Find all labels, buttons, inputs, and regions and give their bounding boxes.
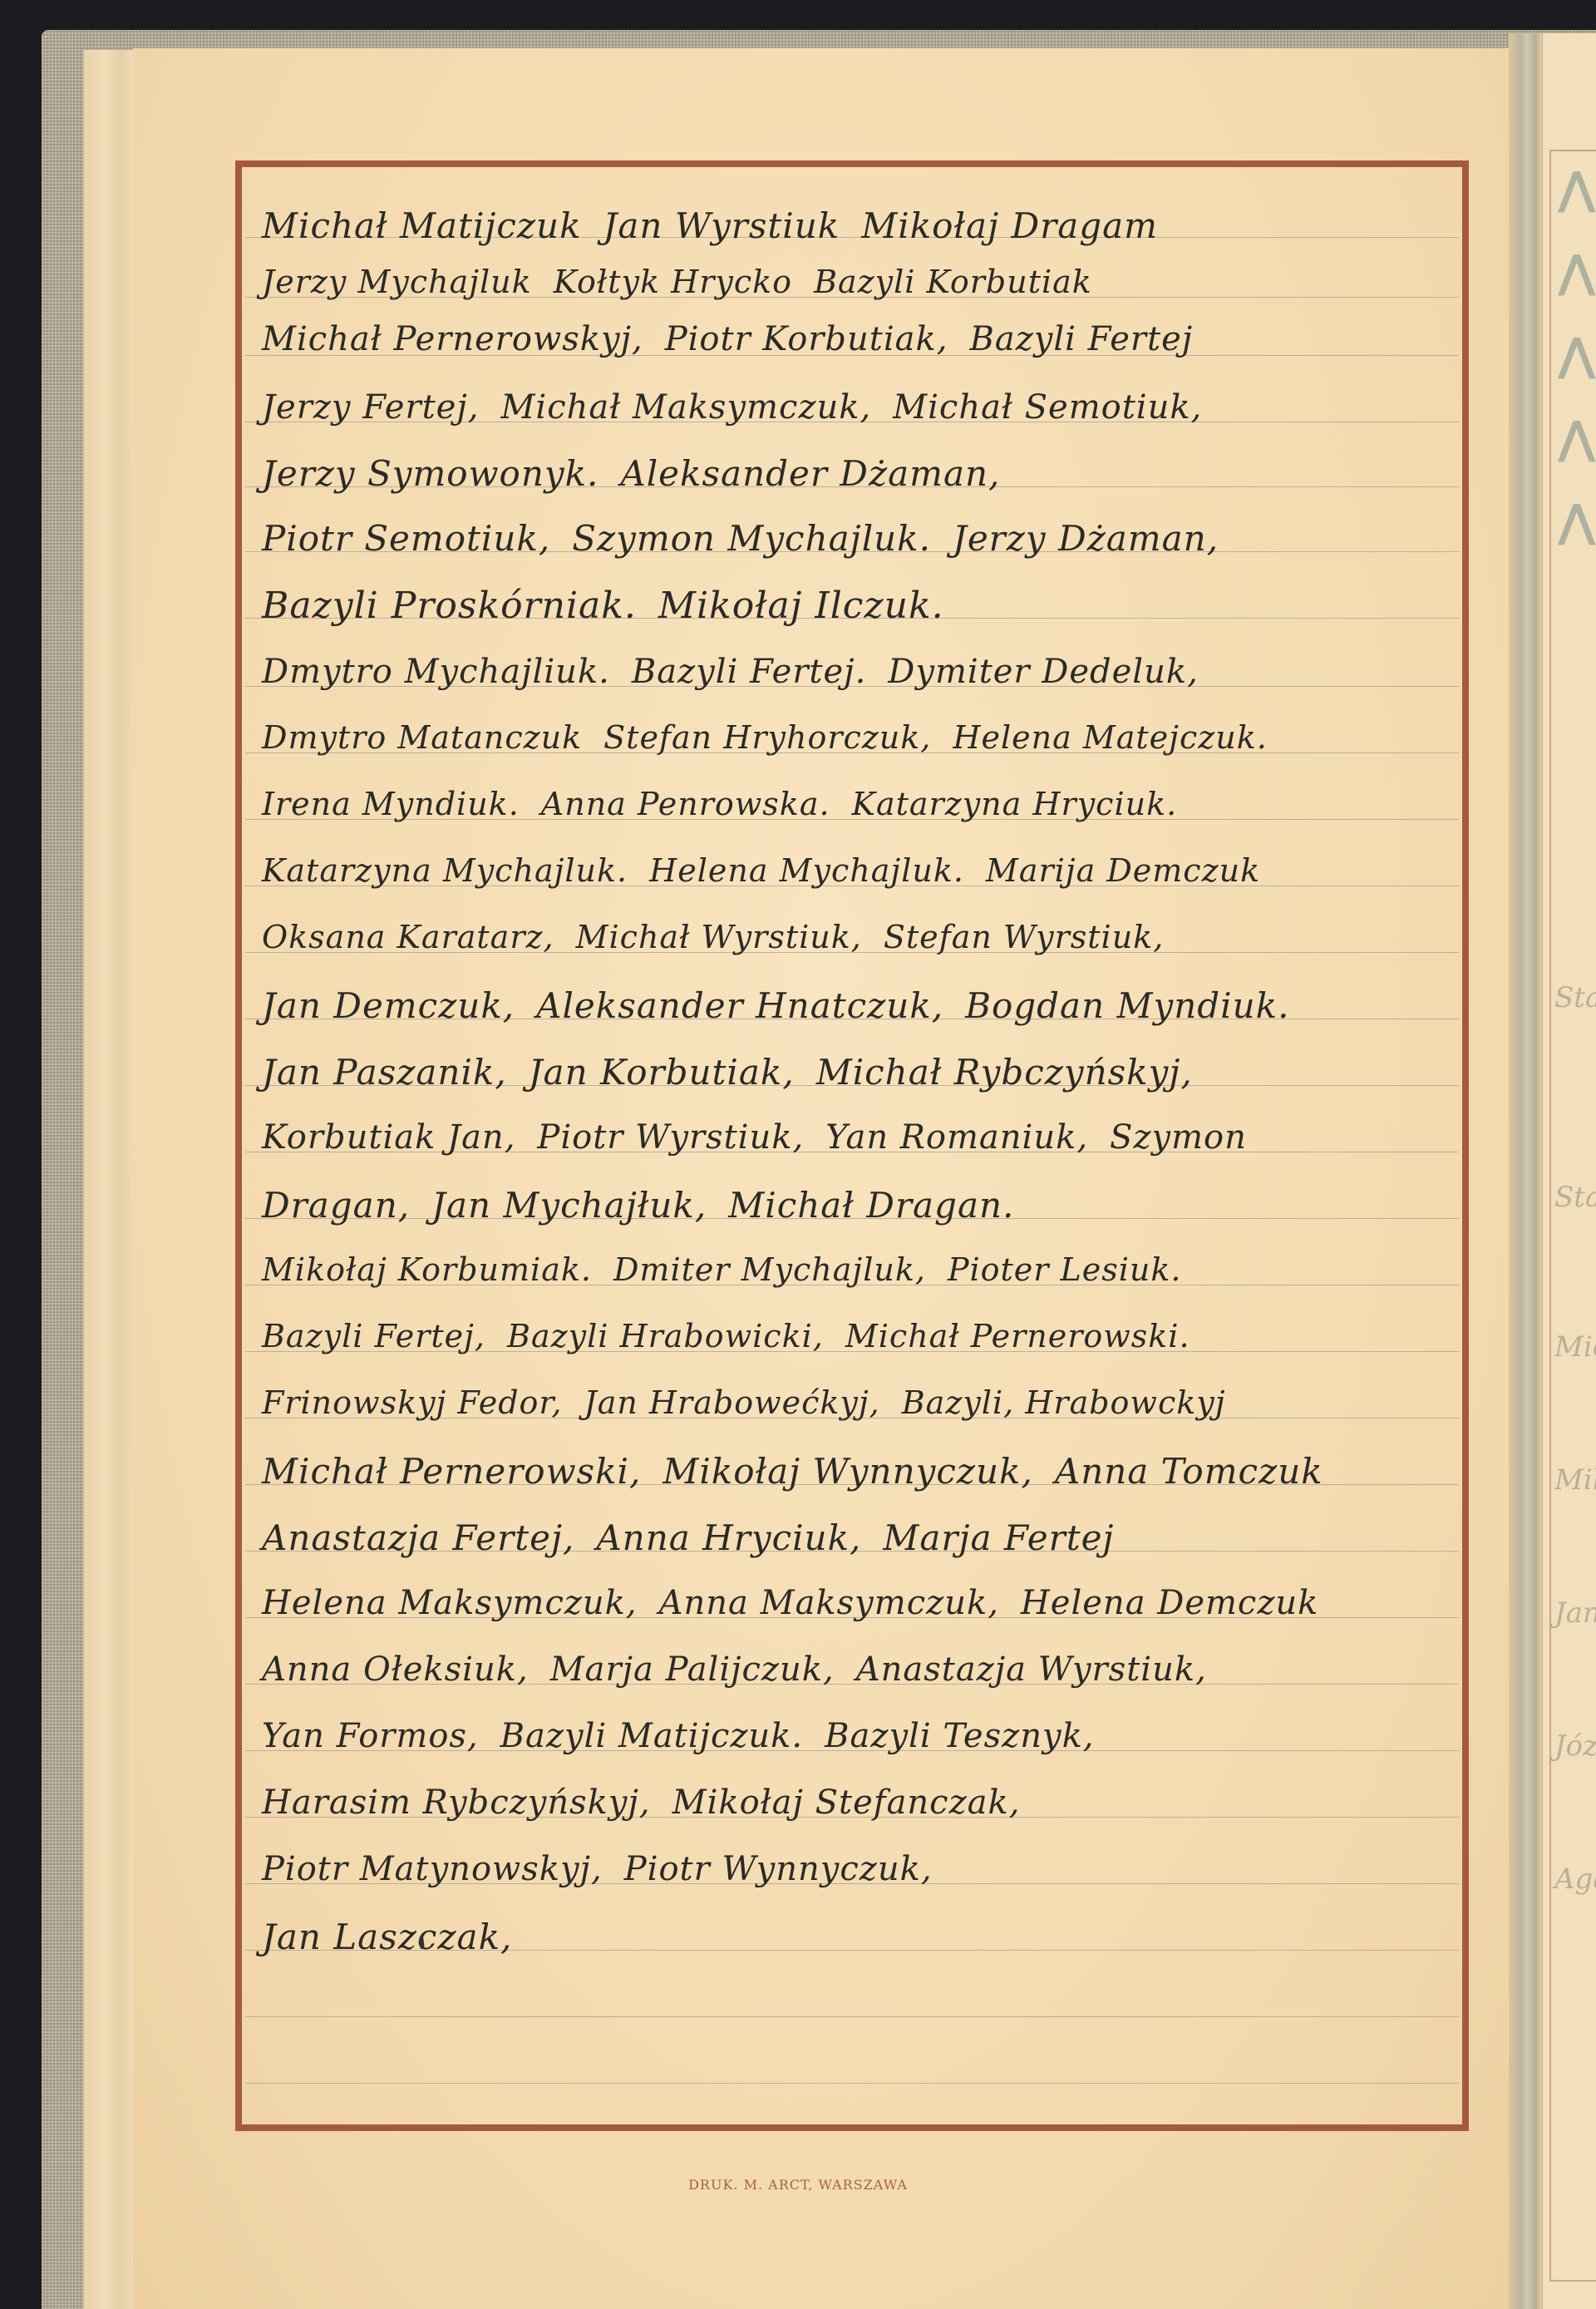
ruled-writing-area: Michał MatijczukJan WyrstiukMikołaj Drag… — [245, 170, 1459, 2121]
handwritten-name: Stefan Hryhorczuk, — [603, 719, 931, 756]
adjacent-page-handwriting: Sta — [1554, 981, 1596, 1014]
handwritten-line: Jerzy MychajlukKołtyk HryckoBazyli Korbu… — [262, 264, 1114, 300]
handwritten-name: Anna Ołeksiuk, — [262, 1650, 529, 1689]
handwritten-name: Piotr Wynnyczuk, — [624, 1850, 933, 1888]
adjacent-page-handwriting: Józef — [1554, 1729, 1596, 1763]
handwritten-name: Michał Pernerowskyj, — [262, 320, 643, 358]
handwritten-name: Stefan Wyrstiuk, — [884, 919, 1164, 955]
handwritten-name: Piotr Matynowskyj, — [262, 1850, 603, 1888]
handwritten-name: Helena Matejczuk. — [953, 719, 1267, 756]
handwritten-line: Michał Pernerowski,Mikołaj Wynnyczuk,Ann… — [262, 1451, 1345, 1492]
handwritten-name: Bazyli, Hrabowckyj — [902, 1384, 1226, 1421]
handwritten-name: Mikołaj Stefanczak, — [672, 1784, 1021, 1822]
handwritten-name: Michał Rybczyńskyj, — [816, 1052, 1193, 1093]
handwritten-name: Katarzyna Mychajluk. — [262, 852, 628, 889]
handwritten-name: Dragan, — [262, 1185, 410, 1226]
handwritten-name: Jerzy Symowonyk. — [262, 453, 598, 494]
handwritten-name: Marija Demczuk — [986, 852, 1260, 889]
handwritten-line: Michał Pernerowskyj,Piotr Korbutiak,Bazy… — [262, 320, 1214, 358]
handwritten-name: Yan Formos, — [262, 1717, 479, 1755]
handwritten-name: Michał Wyrstiuk, — [576, 919, 862, 955]
handwritten-name: Aleksander Dżaman, — [620, 453, 1000, 494]
handwritten-line: Michał MatijczukJan WyrstiukMikołaj Drag… — [262, 205, 1180, 246]
printer-imprint: DRUK. M. ARCT, WARSZAWA — [0, 2177, 1596, 2193]
handwritten-name: Michał Maksymczuk, — [500, 388, 871, 427]
handwritten-name: Piotr Wyrstiuk, — [537, 1118, 804, 1157]
handwritten-line: Dmytro Mychajliuk.Bazyli Fertej.Dymiter … — [262, 653, 1220, 691]
handwritten-name: Szymon — [1110, 1118, 1247, 1157]
handwritten-name: Helena Mychajluk. — [649, 852, 964, 889]
handwritten-name: Mikołaj Wynnyczuk, — [663, 1451, 1033, 1492]
handwritten-line: Bazyli Proskórniak.Mikołaj Ilczuk. — [262, 585, 966, 627]
handwritten-line: Jan Laszczak, — [262, 1917, 534, 1957]
handwritten-name: Bazyli Matijczuk. — [500, 1717, 803, 1755]
handwritten-name: Anastazja Fertej, — [262, 1517, 574, 1558]
handwritten-name: Marja Fertej — [883, 1517, 1114, 1558]
handwritten-name: Marja Palijczuk, — [550, 1650, 835, 1689]
handwritten-name: Jerzy Fertej, — [262, 388, 479, 427]
handwritten-name: Michał Pernerowski. — [845, 1318, 1190, 1354]
handwritten-name: Aleksander Hnatczuk, — [536, 985, 943, 1026]
handwritten-name: Bazyli Tesznyk, — [825, 1717, 1094, 1755]
adjacent-page: ⋀ ⋀ ⋀ ⋀ ⋀ Sta Stan Mic Mik Jan Józef Aga — [1542, 33, 1596, 2309]
handwritten-name: Kołtyk Hrycko — [554, 264, 792, 300]
handwritten-name: Dmiter Mychajluk, — [613, 1251, 926, 1288]
handwritten-line: Anastazja Fertej,Anna Hryciuk,Marja Fert… — [262, 1517, 1135, 1558]
handwritten-name: Jan Paszanik, — [262, 1052, 507, 1093]
handwritten-name: Jan Demczuk, — [262, 985, 515, 1026]
handwritten-line: Piotr Matynowskyj,Piotr Wynnyczuk, — [262, 1850, 954, 1888]
adjacent-page-handwriting: Jan — [1554, 1596, 1596, 1630]
handwritten-line: Jan Demczuk,Aleksander Hnatczuk,Bogdan M… — [262, 985, 1311, 1026]
handwritten-name: Bazyli Hrabowicki, — [507, 1318, 824, 1354]
handwritten-line: Jan Paszanik,Jan Korbutiak,Michał Rybczy… — [262, 1052, 1214, 1093]
ruled-line — [245, 2016, 1459, 2017]
handwritten-name: Dymiter Dedeluk, — [888, 653, 1199, 691]
adjacent-page-handwriting: Aga — [1554, 1862, 1596, 1896]
handwritten-line: Dmytro MatanczukStefan Hryhorczuk,Helena… — [262, 719, 1289, 756]
ruled-line — [245, 2083, 1459, 2084]
handwritten-line: Korbutiak Jan,Piotr Wyrstiuk,Yan Romaniu… — [262, 1118, 1268, 1157]
handwritten-name: Dmytro Matanczuk — [262, 719, 582, 756]
handwritten-line: Frinowskyj Fedor,Jan Hrabowećkyj,Bazyli,… — [262, 1384, 1248, 1421]
adjacent-page-handwriting: Stan — [1554, 1181, 1596, 1214]
handwritten-line: Jerzy Symowonyk.Aleksander Dżaman, — [262, 453, 1022, 494]
handwritten-name: Mikołaj Dragam — [861, 205, 1158, 246]
handwritten-name: Jan Mychajłuk, — [431, 1185, 707, 1226]
handwritten-line: Oksana Karatarz,Michał Wyrstiuk,Stefan W… — [262, 919, 1185, 955]
handwritten-name: Michał Dragan. — [728, 1185, 1014, 1226]
handwritten-line: Bazyli Fertej,Bazyli Hrabowicki,Michał P… — [262, 1318, 1212, 1354]
handwritten-name: Yan Romaniuk, — [825, 1118, 1088, 1157]
decorative-pattern-icon: ⋀ — [1558, 333, 1596, 377]
handwritten-name: Jan Korbutiak, — [529, 1052, 795, 1093]
book-gutter — [1509, 33, 1542, 2309]
handwritten-name: Bazyli Fertej. — [632, 653, 866, 691]
handwritten-name: Michał Semotiuk, — [893, 388, 1202, 427]
handwritten-name: Bazyli Proskórniak. — [262, 585, 637, 627]
handwritten-line: Mikołaj Korbumiak.Dmiter Mychajluk,Piote… — [262, 1251, 1204, 1288]
handwritten-line: Katarzyna Mychajluk.Helena Mychajluk.Mar… — [262, 852, 1282, 889]
handwritten-name: Anna Tomczuk — [1055, 1451, 1323, 1492]
handwritten-name: Jan Hrabowećkyj, — [584, 1384, 879, 1421]
adjacent-page-frame — [1549, 150, 1596, 2282]
adjacent-page-handwriting: Mic — [1554, 1330, 1596, 1364]
handwritten-name: Mikołaj Korbumiak. — [262, 1251, 592, 1288]
handwritten-name: Harasim Rybczyńskyj, — [262, 1784, 651, 1822]
decorative-pattern-icon: ⋀ — [1558, 166, 1596, 211]
handwritten-name: Bazyli Fertej, — [262, 1318, 485, 1354]
handwritten-name: Helena Demczuk — [1021, 1584, 1319, 1622]
handwritten-line: Jerzy Fertej,Michał Maksymczuk,Michał Se… — [262, 388, 1224, 427]
handwritten-name: Anna Penrowska. — [541, 786, 830, 822]
handwritten-line: Harasim Rybczyńskyj,Mikołaj Stefanczak, — [262, 1784, 1042, 1822]
handwritten-name: Michał Matijczuk — [262, 205, 582, 246]
handwritten-name: Oksana Karatarz, — [262, 919, 554, 955]
handwritten-name: Szymon Mychajluk. — [572, 518, 931, 559]
handwritten-line: Piotr Semotiuk,Szymon Mychajluk.Jerzy Dż… — [262, 518, 1240, 559]
handwritten-name: Bazyli Korbutiak — [814, 264, 1092, 300]
handwritten-name: Jan Laszczak, — [262, 1917, 512, 1957]
handwritten-name: Jerzy Dżaman, — [953, 518, 1219, 559]
handwritten-name: Piotr Semotiuk, — [262, 518, 550, 559]
handwritten-line: Irena Myndiuk.Anna Penrowska.Katarzyna H… — [262, 786, 1199, 822]
decorative-pattern-icon: ⋀ — [1558, 416, 1596, 461]
handwritten-name: Anna Hryciuk, — [596, 1517, 861, 1558]
handwritten-name: Piotr Korbutiak, — [665, 320, 948, 358]
handwritten-name: Dmytro Mychajliuk. — [262, 653, 610, 691]
handwritten-name: Bogdan Myndiuk. — [965, 985, 1289, 1026]
handwritten-name: Jerzy Mychajluk — [262, 264, 532, 300]
handwritten-name: Pioter Lesiuk. — [948, 1251, 1182, 1288]
handwritten-line: Yan Formos,Bazyli Matijczuk.Bazyli Teszn… — [262, 1717, 1116, 1755]
handwritten-name: Frinowskyj Fedor, — [262, 1384, 562, 1421]
handwritten-name: Irena Myndiuk. — [262, 786, 520, 822]
handwritten-name: Bazyli Fertej — [969, 320, 1193, 358]
handwritten-name: Mikołaj Ilczuk. — [658, 585, 944, 627]
handwritten-name: Katarzyna Hryciuk. — [852, 786, 1178, 822]
handwritten-line: Anna Ołeksiuk,Marja Palijczuk,Anastazja … — [262, 1650, 1229, 1689]
handwritten-name: Anna Maksymczuk, — [659, 1584, 999, 1622]
handwritten-name: Anastazja Wyrstiuk, — [856, 1650, 1207, 1689]
decorative-pattern-icon: ⋀ — [1558, 249, 1596, 294]
handwritten-name: Jan Wyrstiuk — [603, 205, 840, 246]
handwritten-line: Helena Maksymczuk,Anna Maksymczuk,Helena… — [262, 1584, 1340, 1622]
adjacent-page-handwriting: Mik — [1554, 1463, 1596, 1497]
handwritten-name: Helena Maksymczuk, — [262, 1584, 638, 1622]
decorative-pattern-icon: ⋀ — [1558, 499, 1596, 544]
handwritten-name: Korbutiak Jan, — [262, 1118, 515, 1157]
handwritten-name: Michał Pernerowski, — [262, 1451, 641, 1492]
handwritten-line: Dragan,Jan Mychajłuk,Michał Dragan. — [262, 1185, 1036, 1226]
